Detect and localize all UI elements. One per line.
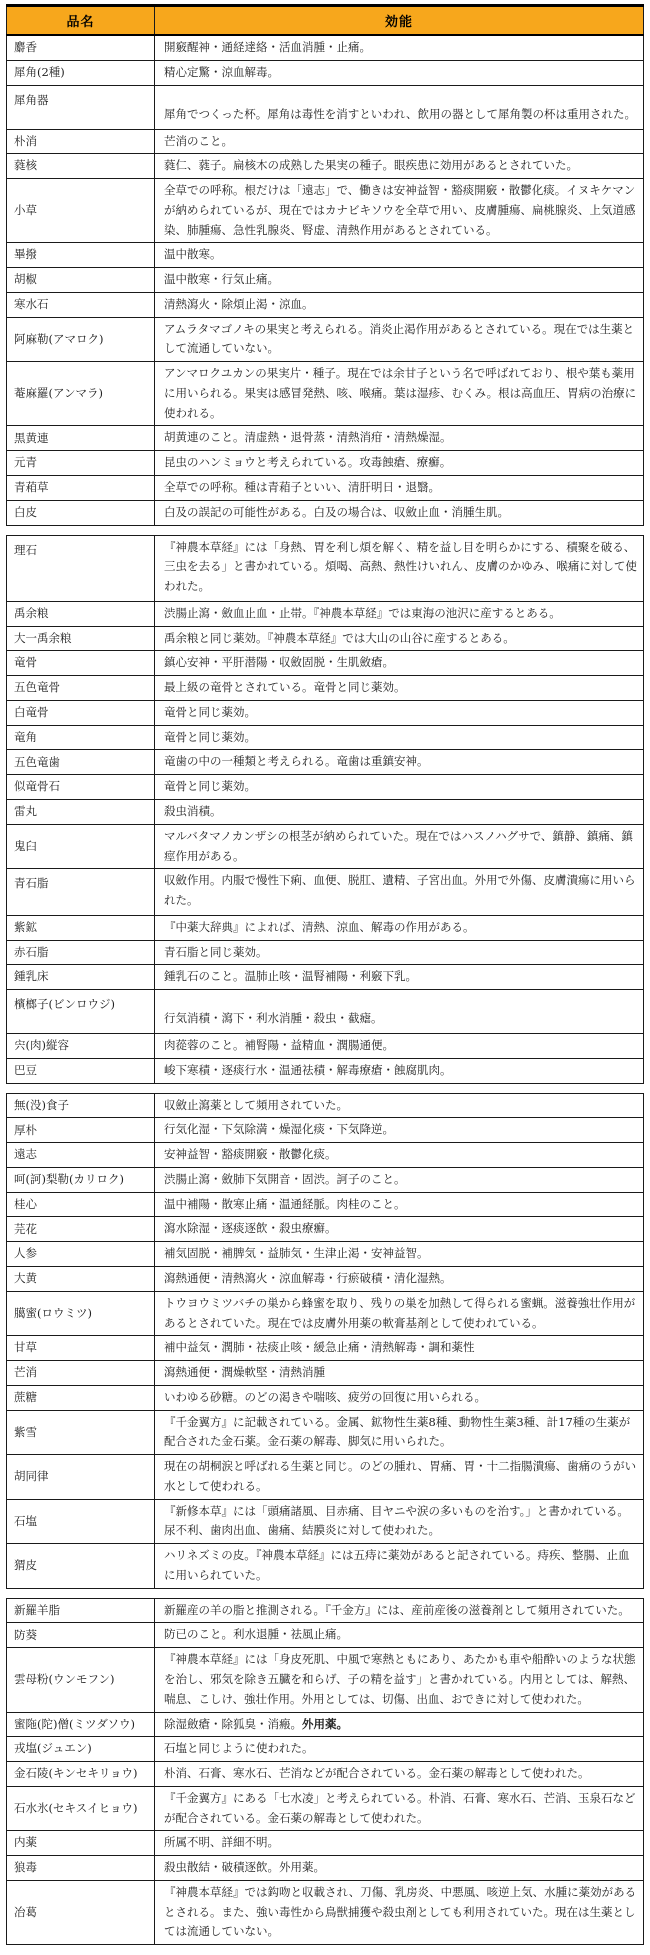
effect-cell: 殺虫散結・破積逐飲。外用薬。: [155, 1856, 644, 1881]
effect-cell: 『神農本草経』では鈎吻と収載され、刀傷、乳房炎、中悪風、咳逆上気、水腫に薬効があ…: [155, 1880, 644, 1944]
item-name-cell: 蔗糖: [7, 1385, 155, 1410]
effect-cell: 犀角でつくった杯。犀角は毒性を消すといわれ、飲用の器として犀角製の杯は重用された…: [155, 85, 644, 129]
item-name-cell: 五色竜歯: [7, 750, 155, 775]
table-row: 戎塩(ジュエン)石塩と同じように使われた。: [7, 1737, 644, 1762]
table-row: 臈蜜(ロウミツ)トウヨウミツバチの巣から蜂蜜を取り、残りの巣を加熱して得られる蜜…: [7, 1291, 644, 1336]
table-row: 人参補気固脱・補脾気・益肺気・生津止渇・安神益智。: [7, 1242, 644, 1267]
table-row: 畢撥温中散寒。: [7, 243, 644, 268]
effect-cell: 補気固脱・補脾気・益肺気・生津止渇・安神益智。: [155, 1242, 644, 1267]
effect-cell: 鎮心安神・平肝潜陽・収斂固脱・生肌斂瘡。: [155, 651, 644, 676]
table-row: 元青昆虫のハンミョウと考えられている。攻毒蝕瘡、療癬。: [7, 451, 644, 476]
item-name-cell: 紫鉱: [7, 915, 155, 940]
table-row: 厚朴行気化湿・下気除満・燥湿化痰・下気降逆。: [7, 1118, 644, 1143]
effect-cell: 開竅醒神・通経達絡・活血消腫・止痛。: [155, 35, 644, 60]
effect-cell: 除湿斂瘡・除狐臭・消瘢。外用薬。: [155, 1712, 644, 1737]
item-name-cell: 小草: [7, 179, 155, 243]
effect-bold-text: 外用薬。: [302, 1717, 348, 1731]
table-row: 猬皮ハリネズミの皮。『神農本草経』には五痔に薬効があると記されている。痔疾、整腸…: [7, 1544, 644, 1589]
effect-cell: 『千金翼方』にある「七水凌」と考えられている。朴消、石膏、寒水石、芒消、玉泉石な…: [155, 1786, 644, 1831]
table-row: 紫雪『千金翼方』に記載されている。金属、鉱物性生薬8種、動物性生薬3種、計17種…: [7, 1410, 644, 1455]
item-name-cell: 芒消: [7, 1361, 155, 1386]
item-name-cell: 白竜骨: [7, 700, 155, 725]
table-row: 阿麻勒(アマロク)アムラタマゴノキの果実と考えられる。消炎止渇作用があるとされて…: [7, 317, 644, 362]
effect-cell: 『神農本草経』には「身皮死肌、中風で寒熱ともにあり、あたかも車や船酔いのような状…: [155, 1648, 644, 1712]
effect-cell: 行気化湿・下気除満・燥湿化痰・下気降逆。: [155, 1118, 644, 1143]
table-row: 蜜陁(陀)僧(ミツダソウ)除湿斂瘡・除狐臭・消瘢。外用薬。: [7, 1712, 644, 1737]
effect-cell: トウヨウミツバチの巣から蜂蜜を取り、残りの巣を加熱して得られる蜜蝋。滋養強壮作用…: [155, 1291, 644, 1336]
effect-cell: 収斂止瀉薬として頻用されていた。: [155, 1093, 644, 1118]
table-header-row: 品名 効能: [7, 6, 644, 36]
table-row: 鬼臼マルバタマノカンザシの根茎が納められていた。現在ではハスノハグサで、鎮静、鎮…: [7, 824, 644, 869]
table-row: 胡椒温中散寒・行気止痛。: [7, 268, 644, 293]
table-row: 青葙草全草での呼称。種は青葙子といい、清肝明日・退翳。: [7, 476, 644, 501]
effect-cell: 全草での呼称。根だけは「遠志」で、働きは安神益智・豁痰開竅・散鬱化痰。イヌキケマ…: [155, 179, 644, 243]
item-name-cell: 石塩: [7, 1499, 155, 1544]
effect-cell: 鍾乳石のこと。温肺止咳・温腎補陽・利竅下乳。: [155, 965, 644, 990]
effect-cell: 竜歯の中の一種類と考えられる。竜歯は重鎮安神。: [155, 750, 644, 775]
item-name-cell: 内薬: [7, 1831, 155, 1856]
table-row: 胡同律現在の胡桐涙と呼ばれる生薬と同じ。のどの腫れ、胃痛、胃・十二指腸潰瘍、歯痛…: [7, 1455, 644, 1500]
table-row: 新羅羊脂新羅産の羊の脂と推測される。『千金方』には、産前産後の滋養剤として頻用さ…: [7, 1598, 644, 1623]
table-row: 菴麻羅(アンマラ)アンマロクユカンの果実片・種子。現在では余甘子という名で呼ばれ…: [7, 362, 644, 426]
item-name-cell: 猬皮: [7, 1544, 155, 1589]
effect-cell: 防已のこと。利水退腫・祛風止痛。: [155, 1623, 644, 1648]
item-name-cell: 人参: [7, 1242, 155, 1267]
item-name-cell: 白皮: [7, 500, 155, 525]
item-name-cell: 甘草: [7, 1336, 155, 1361]
table-row: 蕤核蕤仁、蕤子。扁核木の成熟した果実の種子。眼疾患に効用があるとされていた。: [7, 154, 644, 179]
effect-cell: 安神益智・豁痰開竅・散鬱化痰。: [155, 1143, 644, 1168]
effect-cell: 竜骨と同じ薬効。: [155, 700, 644, 725]
effect-cell: 朴消、石膏、寒水石、芒消などが配合されている。金石薬の解毒として使われた。: [155, 1762, 644, 1787]
effect-cell: 禹余粮と同じ薬効。『神農本草経』では大山の山谷に産するとある。: [155, 626, 644, 651]
effect-cell: 瀉熱通便・清熱瀉火・涼血解毒・行瘀破積・清化湿熱。: [155, 1266, 644, 1291]
table-row: 防葵防已のこと。利水退腫・祛風止痛。: [7, 1623, 644, 1648]
table-row: 大黄瀉熱通便・清熱瀉火・涼血解毒・行瘀破積・清化湿熱。: [7, 1266, 644, 1291]
effect-cell: 峻下寒積・逐痰行水・温通祛積・解毒療瘡・蝕腐肌肉。: [155, 1058, 644, 1083]
item-name-cell: 金石陵(キンセキリョウ): [7, 1762, 155, 1787]
effect-cell: 『中薬大辞典』によれば、清熱、涼血、解毒の作用がある。: [155, 915, 644, 940]
table-row: 狼毒殺虫散結・破積逐飲。外用薬。: [7, 1856, 644, 1881]
effect-cell: マルバタマノカンザシの根茎が納められていた。現在ではハスノハグサで、鎮静、鎮痛、…: [155, 824, 644, 869]
item-name-cell: 檳榔子(ビンロウジ): [7, 990, 155, 1034]
effect-cell: 殺虫消積。: [155, 799, 644, 824]
column-header-name: 品名: [7, 6, 155, 36]
table-row: 白皮白及の誤記の可能性がある。白及の場合は、収斂止血・消腫生肌。: [7, 500, 644, 525]
item-name-cell: 元青: [7, 451, 155, 476]
effect-cell: 『千金翼方』に記載されている。金属、鉱物性生薬8種、動物性生薬3種、計17種の生…: [155, 1410, 644, 1455]
table-row: 寒水石清熱瀉火・除煩止渇・涼血。: [7, 292, 644, 317]
item-name-cell: 芫花: [7, 1217, 155, 1242]
item-name-cell: 寒水石: [7, 292, 155, 317]
effect-cell: 補中益気・潤肺・祛痰止咳・緩急止痛・清熱解毒・調和薬性: [155, 1336, 644, 1361]
table-row: 芫花瀉水除湿・逐痰逐飲・殺虫療癬。: [7, 1217, 644, 1242]
item-name-cell: 臈蜜(ロウミツ): [7, 1291, 155, 1336]
item-name-cell: 大一禹余粮: [7, 626, 155, 651]
item-name-cell: 蕤核: [7, 154, 155, 179]
effect-cell: 白及の誤記の可能性がある。白及の場合は、収斂止血・消腫生肌。: [155, 500, 644, 525]
item-name-cell: 赤石脂: [7, 940, 155, 965]
item-name-cell: 五色竜骨: [7, 676, 155, 701]
table-row: 遠志安神益智・豁痰開竅・散鬱化痰。: [7, 1143, 644, 1168]
effect-cell: 精心定驚・涼血解毒。: [155, 60, 644, 85]
table-row: 白竜骨竜骨と同じ薬効。: [7, 700, 644, 725]
item-name-cell: 呵(訶)梨勒(カリロク): [7, 1167, 155, 1192]
effect-cell: 渋腸止瀉・斂血止血・止帯。『神農本草経』では東海の池沢に産するとある。: [155, 601, 644, 626]
table-row: 犀角器犀角でつくった杯。犀角は毒性を消すといわれ、飲用の器として犀角製の杯は重用…: [7, 85, 644, 129]
effect-cell: 『新修本草』には「頭痛諸風、目赤痛、目ヤニや涙の多いものを治す。」と書かれている…: [155, 1499, 644, 1544]
item-name-cell: 麝香: [7, 35, 155, 60]
table-row: 甘草補中益気・潤肺・祛痰止咳・緩急止痛・清熱解毒・調和薬性: [7, 1336, 644, 1361]
item-name-cell: 蜜陁(陀)僧(ミツダソウ): [7, 1712, 155, 1737]
item-name-cell: 禹余粮: [7, 601, 155, 626]
effect-cell: 収斂作用。内服で慢性下痢、血便、脱肛、遺精、子宮出血。外用で外傷、皮膚潰瘍に用い…: [155, 869, 644, 916]
herb-table-section-1: 品名 効能 麝香開竅醒神・通経達絡・活血消腫・止痛。犀角(2種)精心定驚・涼血解…: [6, 4, 644, 526]
item-name-cell: 厚朴: [7, 1118, 155, 1143]
table-row: 犀角(2種)精心定驚・涼血解毒。: [7, 60, 644, 85]
item-name-cell: 青石脂: [7, 869, 155, 916]
table-row: 宍(肉)縦容肉蓯蓉のこと。補腎陽・益精血・潤腸通便。: [7, 1034, 644, 1059]
effect-cell: 胡黄連のこと。清虚熱・退骨蒸・清熱消疳・清熱燥湿。: [155, 426, 644, 451]
document-page: 品名 効能 麝香開竅醒神・通経達絡・活血消腫・止痛。犀角(2種)精心定驚・涼血解…: [0, 0, 650, 1955]
item-name-cell: 戎塩(ジュエン): [7, 1737, 155, 1762]
item-name-cell: 紫雪: [7, 1410, 155, 1455]
effect-cell: 蕤仁、蕤子。扁核木の成熟した果実の種子。眼疾患に効用があるとされていた。: [155, 154, 644, 179]
item-name-cell: 犀角器: [7, 85, 155, 129]
table-row: 紫鉱『中薬大辞典』によれば、清熱、涼血、解毒の作用がある。: [7, 915, 644, 940]
herb-table-section-3: 無(没)食子収斂止瀉薬として頻用されていた。厚朴行気化湿・下気除満・燥湿化痰・下…: [6, 1093, 644, 1589]
table-row: 竜骨鎮心安神・平肝潜陽・収斂固脱・生肌斂瘡。: [7, 651, 644, 676]
table-row: 内薬所属不明、詳細不明。: [7, 1831, 644, 1856]
table-row: 雲母粉(ウンモフン)『神農本草経』には「身皮死肌、中風で寒熱ともにあり、あたかも…: [7, 1648, 644, 1712]
effect-cell: 温中散寒・行気止痛。: [155, 268, 644, 293]
effect-cell: 『神農本草経』には「身熱、胃を利し煩を解く、精を益し目を明らかにする、積聚を破る…: [155, 535, 644, 601]
item-name-cell: 大黄: [7, 1266, 155, 1291]
table-row: 黒黄連胡黄連のこと。清虚熱・退骨蒸・清熱消疳・清熱燥湿。: [7, 426, 644, 451]
item-name-cell: 青葙草: [7, 476, 155, 501]
item-name-cell: 鍾乳床: [7, 965, 155, 990]
item-name-cell: 胡椒: [7, 268, 155, 293]
item-name-cell: 理石: [7, 535, 155, 601]
table-row: 五色竜歯竜歯の中の一種類と考えられる。竜歯は重鎮安神。: [7, 750, 644, 775]
item-name-cell: 巴豆: [7, 1058, 155, 1083]
table-row: 赤石脂青石脂と同じ薬効。: [7, 940, 644, 965]
table-row: 大一禹余粮禹余粮と同じ薬効。『神農本草経』では大山の山谷に産するとある。: [7, 626, 644, 651]
effect-cell: 瀉水除湿・逐痰逐飲・殺虫療癬。: [155, 1217, 644, 1242]
item-name-cell: 竜角: [7, 725, 155, 750]
herb-table-section-2: 理石『神農本草経』には「身熱、胃を利し煩を解く、精を益し目を明らかにする、積聚を…: [6, 535, 644, 1084]
item-name-cell: 冶葛: [7, 1880, 155, 1944]
table-row: 檳榔子(ビンロウジ)行気消積・瀉下・利水消腫・殺虫・截瘧。: [7, 990, 644, 1034]
table-row: 麝香開竅醒神・通経達絡・活血消腫・止痛。: [7, 35, 644, 60]
table-row: 無(没)食子収斂止瀉薬として頻用されていた。: [7, 1093, 644, 1118]
effect-cell: 芒消のこと。: [155, 129, 644, 154]
table-row: 鍾乳床鍾乳石のこと。温肺止咳・温腎補陽・利竅下乳。: [7, 965, 644, 990]
effect-cell: 竜骨と同じ薬効。: [155, 775, 644, 800]
table-row: 桂心温中補陽・散寒止痛・温通経脈。肉桂のこと。: [7, 1192, 644, 1217]
item-name-cell: 雷丸: [7, 799, 155, 824]
effect-cell: 現在の胡桐涙と呼ばれる生薬と同じ。のどの腫れ、胃痛、胃・十二指腸潰瘍、歯痛のうが…: [155, 1455, 644, 1500]
item-name-cell: 阿麻勒(アマロク): [7, 317, 155, 362]
table-row: 理石『神農本草経』には「身熱、胃を利し煩を解く、精を益し目を明らかにする、積聚を…: [7, 535, 644, 601]
effect-cell: 行気消積・瀉下・利水消腫・殺虫・截瘧。: [155, 990, 644, 1034]
effect-cell: いわゆる砂糖。のどの渇きや喘咳、疲労の回復に用いられる。: [155, 1385, 644, 1410]
item-name-cell: 狼毒: [7, 1856, 155, 1881]
effect-cell: アンマロクユカンの果実片・種子。現在では余甘子という名で呼ばれており、根や葉も薬…: [155, 362, 644, 426]
effect-cell: 肉蓯蓉のこと。補腎陽・益精血・潤腸通便。: [155, 1034, 644, 1059]
table-row: 青石脂収斂作用。内服で慢性下痢、血便、脱肛、遺精、子宮出血。外用で外傷、皮膚潰瘍…: [7, 869, 644, 916]
item-name-cell: 黒黄連: [7, 426, 155, 451]
table-row: 禹余粮渋腸止瀉・斂血止血・止帯。『神農本草経』では東海の池沢に産するとある。: [7, 601, 644, 626]
item-name-cell: 遠志: [7, 1143, 155, 1168]
effect-cell: 青石脂と同じ薬効。: [155, 940, 644, 965]
item-name-cell: 雲母粉(ウンモフン): [7, 1648, 155, 1712]
table-row: 竜角竜骨と同じ薬効。: [7, 725, 644, 750]
item-name-cell: 新羅羊脂: [7, 1598, 155, 1623]
item-name-cell: 朴消: [7, 129, 155, 154]
effect-cell: 所属不明、詳細不明。: [155, 1831, 644, 1856]
item-name-cell: 防葵: [7, 1623, 155, 1648]
item-name-cell: 桂心: [7, 1192, 155, 1217]
effect-cell: 新羅産の羊の脂と推測される。『千金方』には、産前産後の滋養剤として頻用されていた…: [155, 1598, 644, 1623]
item-name-cell: 畢撥: [7, 243, 155, 268]
item-name-cell: 鬼臼: [7, 824, 155, 869]
table-row: 石水氷(セキスイヒョウ)『千金翼方』にある「七水凌」と考えられている。朴消、石膏…: [7, 1786, 644, 1831]
effect-cell: 最上級の竜骨とされている。竜骨と同じ薬効。: [155, 676, 644, 701]
table-row: 蔗糖いわゆる砂糖。のどの渇きや喘咳、疲労の回復に用いられる。: [7, 1385, 644, 1410]
table-row: 金石陵(キンセキリョウ)朴消、石膏、寒水石、芒消などが配合されている。金石薬の解…: [7, 1762, 644, 1787]
effect-cell: 清熱瀉火・除煩止渇・涼血。: [155, 292, 644, 317]
effect-cell: アムラタマゴノキの果実と考えられる。消炎止渇作用があるとされている。現在では生薬…: [155, 317, 644, 362]
herb-table-section-4: 新羅羊脂新羅産の羊の脂と推測される。『千金方』には、産前産後の滋養剤として頻用さ…: [6, 1598, 644, 1945]
table-row: 冶葛『神農本草経』では鈎吻と収載され、刀傷、乳房炎、中悪風、咳逆上気、水腫に薬効…: [7, 1880, 644, 1944]
table-row: 石塩『新修本草』には「頭痛諸風、目赤痛、目ヤニや涙の多いものを治す。」と書かれて…: [7, 1499, 644, 1544]
effect-cell: 石塩と同じように使われた。: [155, 1737, 644, 1762]
table-row: 巴豆峻下寒積・逐痰行水・温通祛積・解毒療瘡・蝕腐肌肉。: [7, 1058, 644, 1083]
table-row: 芒消瀉熱通便・潤燥軟堅・清熱消腫: [7, 1361, 644, 1386]
item-name-cell: 石水氷(セキスイヒョウ): [7, 1786, 155, 1831]
item-name-cell: 似竜骨石: [7, 775, 155, 800]
table-row: 五色竜骨最上級の竜骨とされている。竜骨と同じ薬効。: [7, 676, 644, 701]
item-name-cell: 菴麻羅(アンマラ): [7, 362, 155, 426]
item-name-cell: 胡同律: [7, 1455, 155, 1500]
effect-cell: 竜骨と同じ薬効。: [155, 725, 644, 750]
effect-cell: 昆虫のハンミョウと考えられている。攻毒蝕瘡、療癬。: [155, 451, 644, 476]
item-name-cell: 竜骨: [7, 651, 155, 676]
table-row: 朴消芒消のこと。: [7, 129, 644, 154]
effect-cell: 温中補陽・散寒止痛・温通経脈。肉桂のこと。: [155, 1192, 644, 1217]
effect-cell: 瀉熱通便・潤燥軟堅・清熱消腫: [155, 1361, 644, 1386]
item-name-cell: 無(没)食子: [7, 1093, 155, 1118]
effect-cell: 温中散寒。: [155, 243, 644, 268]
item-name-cell: 犀角(2種): [7, 60, 155, 85]
table-row: 似竜骨石竜骨と同じ薬効。: [7, 775, 644, 800]
item-name-cell: 宍(肉)縦容: [7, 1034, 155, 1059]
table-row: 小草全草での呼称。根だけは「遠志」で、働きは安神益智・豁痰開竅・散鬱化痰。イヌキ…: [7, 179, 644, 243]
table-row: 呵(訶)梨勒(カリロク)渋腸止瀉・斂肺下気開音・固渋。訶子のこと。: [7, 1167, 644, 1192]
column-header-effect: 効能: [155, 6, 644, 36]
effect-cell: ハリネズミの皮。『神農本草経』には五痔に薬効があると記されている。痔疾、整腸、止…: [155, 1544, 644, 1589]
table-row: 雷丸殺虫消積。: [7, 799, 644, 824]
effect-cell: 渋腸止瀉・斂肺下気開音・固渋。訶子のこと。: [155, 1167, 644, 1192]
effect-cell: 全草での呼称。種は青葙子といい、清肝明日・退翳。: [155, 476, 644, 501]
